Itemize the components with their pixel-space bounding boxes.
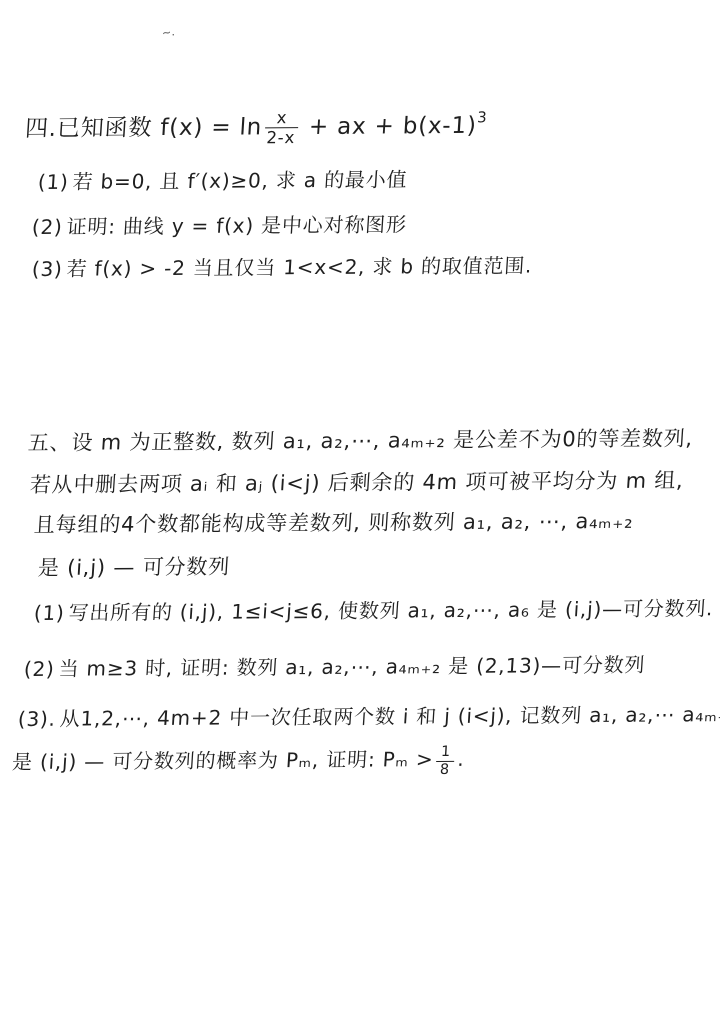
fraction-denominator: 2-x: [264, 128, 298, 147]
problem5-part-2-text: 当 m≥3 时, 证明: 数列 a₁, a₂,⋯, a₄ₘ₊₂ 是 (2,13)…: [58, 653, 646, 681]
problem5-part-1-label: (1): [33, 601, 65, 625]
problem5-intro-line3: 且每组的4个数都能构成等差数列, 则称数列 a₁, a₂, ⋯, a₄ₘ₊₂: [33, 505, 634, 539]
handwritten-exam-page: ~. 四.已知函数 f(x) = lnx2-x + ax + b(x-1)3 (…: [0, 0, 720, 1018]
problem5-part-3-label: (3).: [17, 707, 56, 731]
fraction-x-over-2-minus-x: x2-x: [264, 108, 299, 147]
problem5-intro-line2-text: 若从中删去两项 aᵢ 和 aⱼ (i<j) 后剩余的 4m 项可被平均分为 m …: [29, 468, 684, 497]
problem5-intro-line1-text: 设 m 为正整数, 数列 a₁, a₂,⋯, a₄ₘ₊₂ 是公差不为0的等差数列…: [71, 426, 694, 454]
problem4-heading: 四.已知函数 f(x) = lnx2-x + ax + b(x-1)3: [24, 107, 488, 149]
exponent-3: 3: [477, 108, 488, 126]
problem5-number: 五、: [27, 431, 72, 455]
stray-pen-mark: ~.: [161, 25, 175, 40]
problem4-number: 四.: [24, 116, 58, 142]
problem4-part-3-text: 若 f(x) > -2 当且仅当 1<x<2, 求 b 的取值范围.: [66, 254, 533, 281]
fraction-numerator: x: [265, 108, 299, 128]
problem4-part-1-text: 若 b=0, 且 f′(x)≥0, 求 a 的最小值: [72, 167, 408, 193]
problem5-part-3-line2-suffix: .: [457, 747, 466, 771]
fraction-numerator: 1: [436, 744, 455, 762]
problem4-intro-prefix: 已知函数 f(x) = ln: [56, 114, 263, 141]
problem4-part-2-text: 证明: 曲线 y = f(x) 是中心对称图形: [66, 212, 408, 238]
fraction-denominator: 8: [435, 762, 454, 779]
problem5-part-1: (1)写出所有的 (i,j), 1≤i<j≤6, 使数列 a₁, a₂,⋯, a…: [33, 592, 714, 626]
problem5-part-3-line2-prefix: 是 (i,j) — 可分数列的概率为 Pₘ, 证明: Pₘ >: [11, 747, 434, 774]
problem5-part-3-line2: 是 (i,j) — 可分数列的概率为 Pₘ, 证明: Pₘ >18.: [11, 743, 466, 782]
problem5-intro-line2: 若从中删去两项 aᵢ 和 aⱼ (i<j) 后剩余的 4m 项可被平均分为 m …: [29, 464, 685, 499]
problem4-part-2: (2)证明: 曲线 y = f(x) 是中心对称图形: [31, 208, 408, 240]
problem5-intro-line4: 是 (i,j) — 可分数列: [37, 551, 231, 582]
problem5-part-2-label: (2): [23, 657, 55, 681]
fraction-1-over-8: 18: [435, 744, 455, 778]
problem5-part-3-line1: (3).从1,2,⋯, 4m+2 中一次任取两个数 i 和 j (i<j), 记…: [17, 698, 720, 732]
problem4-part-3: (3)若 f(x) > -2 当且仅当 1<x<2, 求 b 的取值范围.: [31, 250, 533, 282]
problem5-part-2: (2)当 m≥3 时, 证明: 数列 a₁, a₂,⋯, a₄ₘ₊₂ 是 (2,…: [23, 649, 646, 682]
problem5-intro-line4-text: 是 (i,j) — 可分数列: [37, 555, 231, 580]
problem4-part-3-label: (3): [31, 257, 63, 281]
problem4-part-1-label: (1): [37, 170, 69, 194]
problem5-intro-line3-text: 且每组的4个数都能构成等差数列, 则称数列 a₁, a₂, ⋯, a₄ₘ₊₂: [33, 509, 634, 537]
problem4-part-2-label: (2): [31, 215, 63, 239]
problem5-part-1-text: 写出所有的 (i,j), 1≤i<j≤6, 使数列 a₁, a₂,⋯, a₆ 是…: [68, 596, 714, 624]
problem5-part-3-text: 从1,2,⋯, 4m+2 中一次任取两个数 i 和 j (i<j), 记数列 a…: [59, 702, 720, 731]
problem4-part-1: (1)若 b=0, 且 f′(x)≥0, 求 a 的最小值: [37, 163, 408, 195]
problem4-intro-suffix: + ax + b(x-1): [300, 113, 478, 140]
problem5-intro-line1: 五、设 m 为正整数, 数列 a₁, a₂,⋯, a₄ₘ₊₂ 是公差不为0的等差…: [27, 422, 694, 457]
